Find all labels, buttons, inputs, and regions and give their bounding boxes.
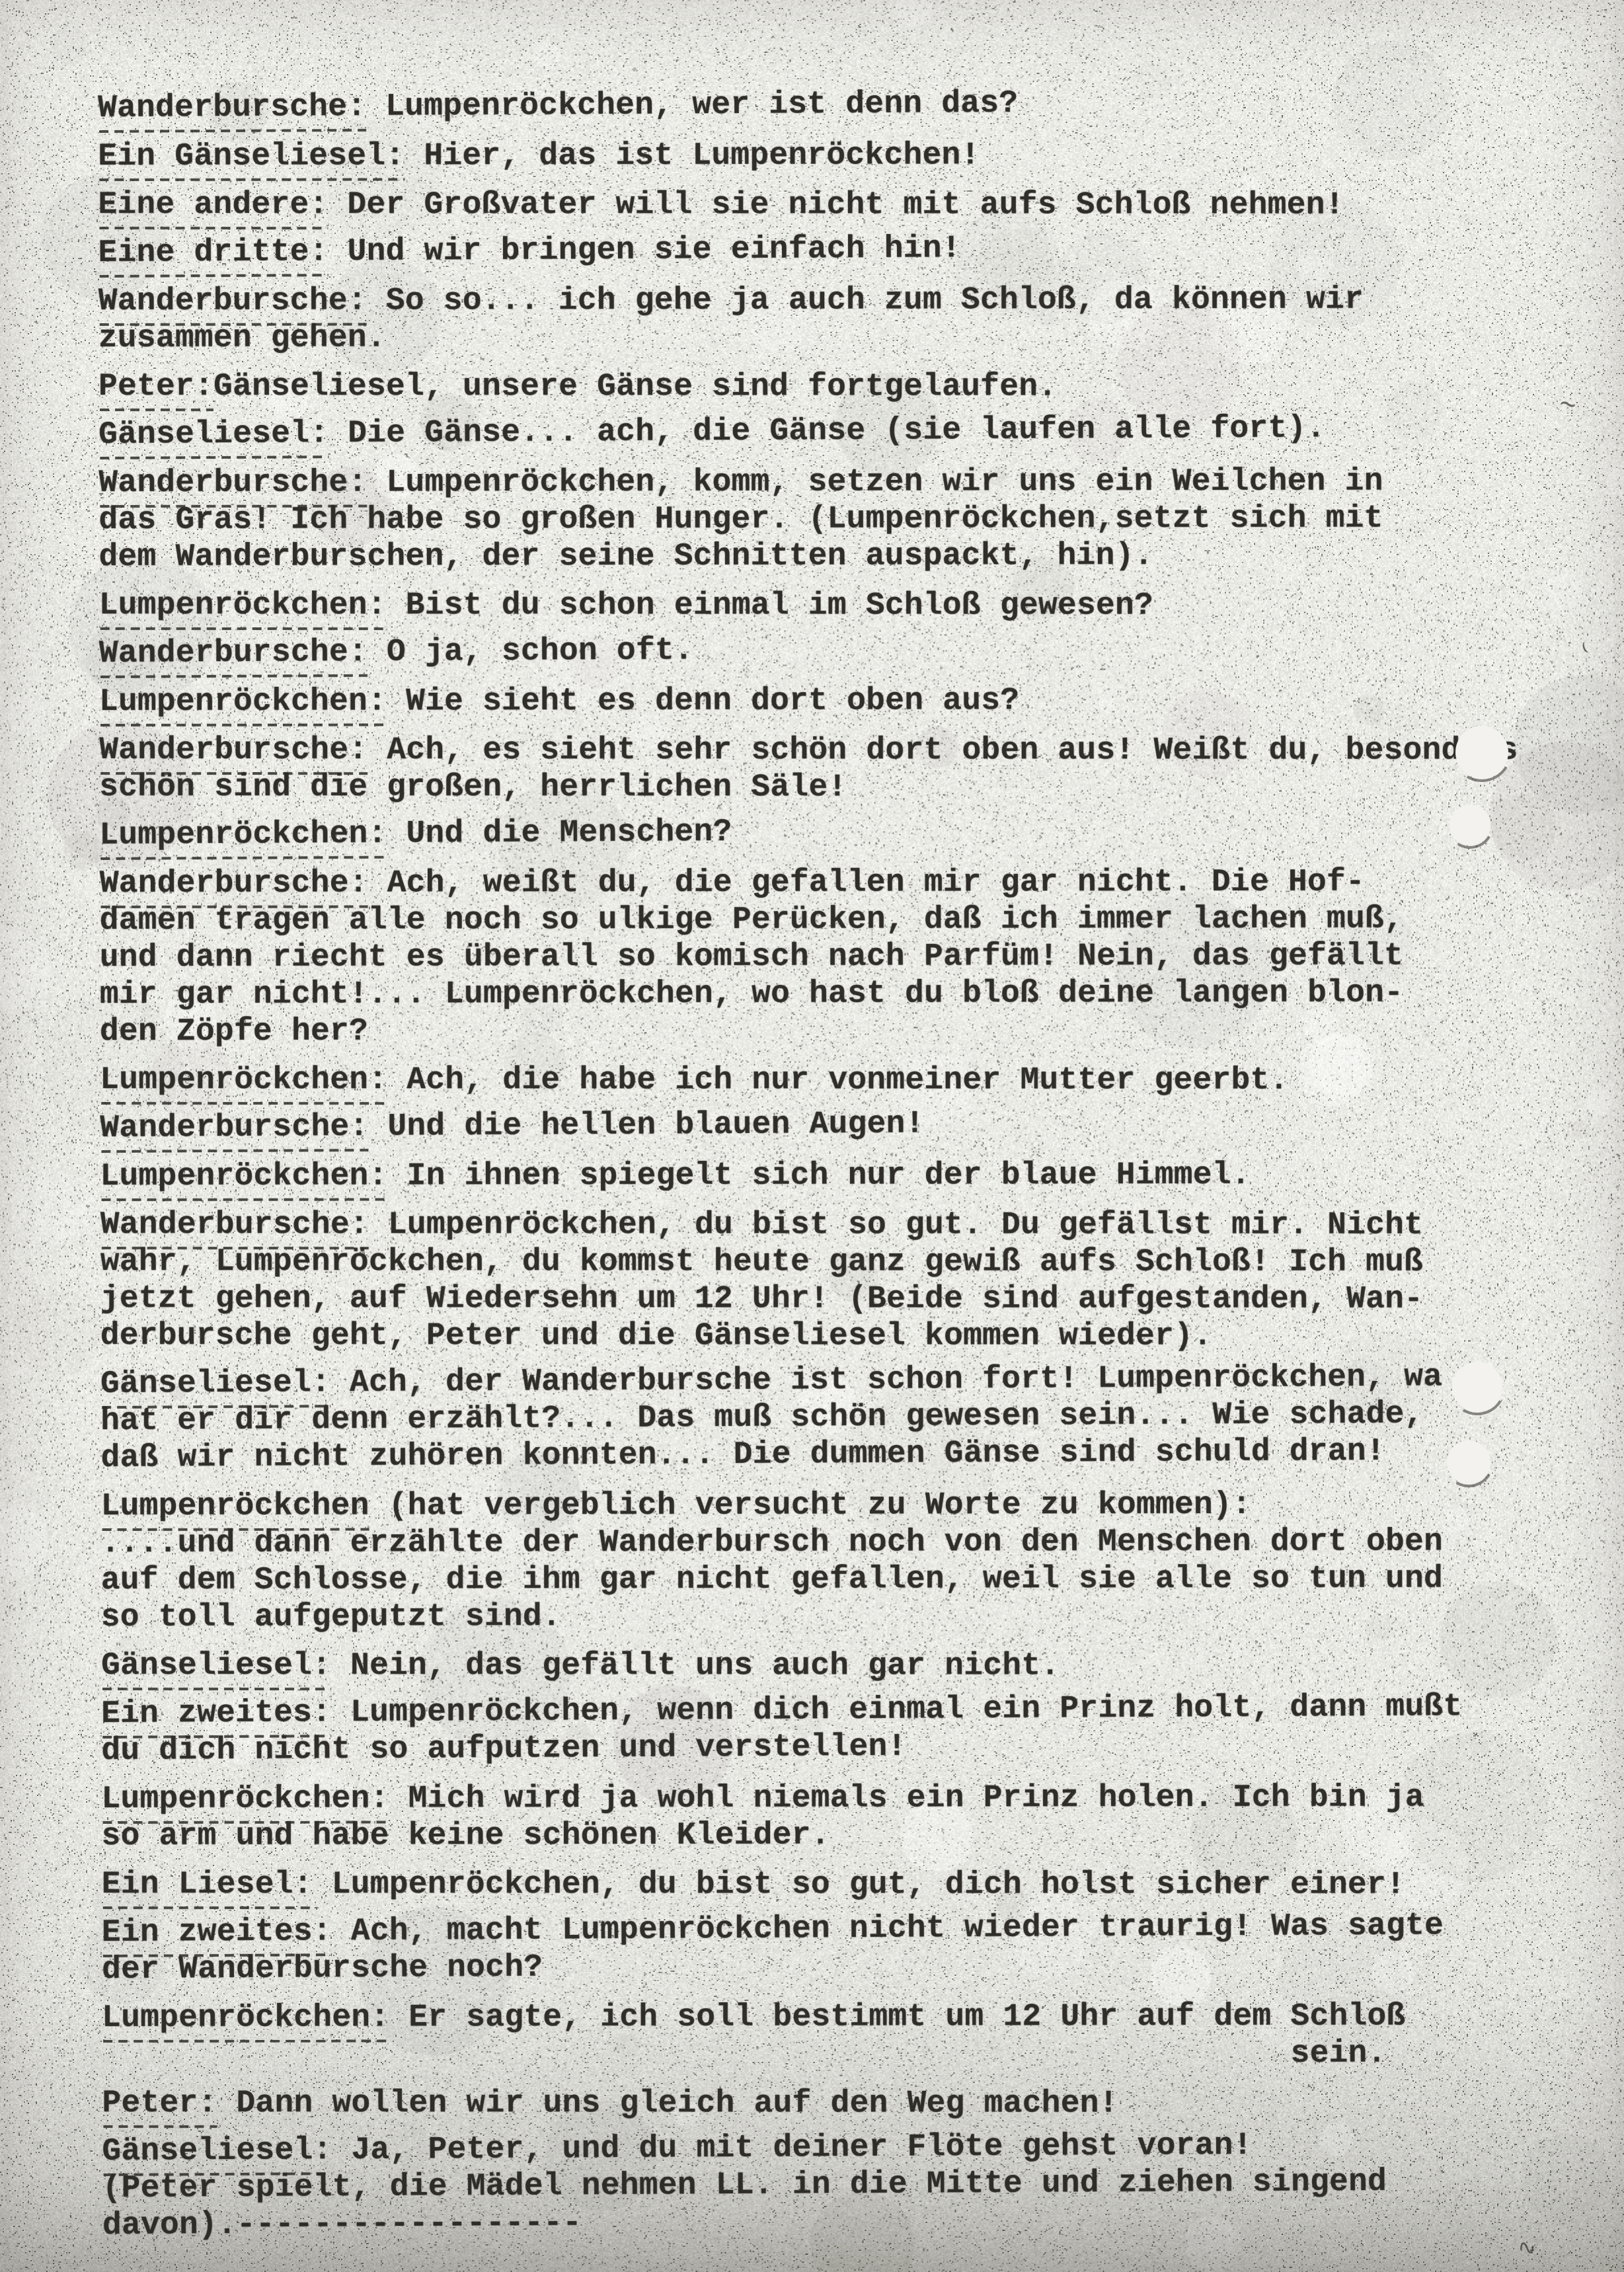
dialogue-text: Gänseliesel, unsere Gänse sind fortgelau…	[213, 369, 1057, 405]
dialogue-line: Gänseliesel: Die Gänse... ach, die Gänse…	[98, 409, 1605, 453]
dialogue-paragraph: Wanderbursche: O ja, schon oft.	[99, 627, 1605, 672]
speaker-name: Wanderbursche:	[99, 732, 367, 769]
speaker-name: Wanderbursche:	[100, 1206, 369, 1243]
dialogue-text: O ja, schon oft.	[367, 633, 693, 670]
dialogue-text: Dann wollen wir uns gleich auf den Weg m…	[217, 2086, 1118, 2121]
dialogue-line: Wanderbursche: Ach, es sieht sehr schön …	[99, 732, 1605, 769]
dialogue-paragraph: Gänseliesel: Nein, das gefällt uns auch …	[101, 1647, 1607, 1685]
dialogue-paragraph: Wanderbursche: Ach, weißt du, die gefall…	[100, 863, 1606, 1050]
speaker-name: Lumpenröckchen:	[99, 587, 387, 624]
dialogue-text: Lumpenröckchen, wer ist denn das?	[366, 86, 1018, 125]
dialogue-line: Ein zweites: Lumpenröckchen, wenn dich e…	[101, 1688, 1607, 1733]
dialogue-paragraph: Peter: Dann wollen wir uns gleich auf de…	[102, 2085, 1608, 2123]
dialogue-text: Und wir bringen sie einfach hin!	[328, 231, 960, 270]
dialogue-text: (hat vergeblich versucht zu Worte zu kom…	[369, 1487, 1251, 1524]
dialogue-line: Lumpenröckchen: Bist du schon einmal im …	[99, 587, 1605, 625]
dialogue-line: Wanderbursche: O ja, schon oft.	[99, 627, 1605, 672]
dialogue-line: Lumpenröckchen (hat vergeblich versucht …	[101, 1486, 1607, 1525]
dialogue-paragraph: Gänseliesel: Ja, Peter, und du mit deine…	[102, 2125, 1609, 2244]
speaker-name: Lumpenröckchen:	[100, 1157, 387, 1195]
dialogue-line: du dich nicht so aufputzen und verstelle…	[101, 1725, 1607, 1770]
dialogue-paragraph: Eine dritte: Und wir bringen sie einfach…	[98, 227, 1604, 272]
speaker-name: Wanderbursche:	[100, 1109, 368, 1147]
dialogue-line: Wanderbursche: Lumpenröckchen, wer ist d…	[98, 82, 1604, 127]
speaker-name: Peter:	[102, 2085, 217, 2122]
speaker-name: Lumpenröckchen	[101, 1487, 369, 1524]
dialogue-line: so toll aufgeputzt sind.	[101, 1597, 1607, 1636]
dialogue-line: jetzt gehen, auf Wiedersehn um 12 Uhr! (…	[100, 1280, 1607, 1318]
dialogue-paragraph: Lumpenröckchen: Mich wird ja wohl niemal…	[101, 1779, 1607, 1855]
dialogue-line: Ein zweites: Ach, macht Lumpenröckchen n…	[102, 1906, 1608, 1951]
dialogue-text: Mich wird ja wohl niemals ein Prinz hole…	[389, 1780, 1424, 1817]
speaker-name: Eine andere:	[98, 186, 328, 223]
dialogue-text: Ach, es sieht sehr schön dort oben aus! …	[367, 732, 1518, 769]
dialogue-line: Eine andere: Der Großvater will sie nich…	[98, 186, 1604, 224]
dialogue-line: Wanderbursche: Lumpenröckchen, du bist s…	[100, 1206, 1607, 1244]
dialogue-text: Der Großvater will sie nicht mit aufs Sc…	[328, 187, 1344, 223]
dialogue-line: Lumpenröckchen: In ihnen spiegelt sich n…	[100, 1156, 1606, 1195]
dialogue-line: Lumpenröckchen: Und die Menschen?	[99, 809, 1605, 854]
scanned-document: { "artifacts": { "paper_color": "#e9e8e4…	[0, 0, 1624, 2272]
dialogue-line: auf dem Schlosse, die ihm gar nicht gefa…	[101, 1560, 1607, 1599]
dialogue-paragraph: Lumpenröckchen: Ach, die habe ich nur vo…	[100, 1062, 1606, 1099]
dialogue-text: Ach, der Wanderbursche ist schon fort! L…	[330, 1359, 1443, 1401]
dialogue-line: dem Wanderburschen, der seine Schnitten …	[98, 537, 1605, 576]
dialogue-line: Wanderbursche: Lumpenröckchen, komm, set…	[98, 463, 1605, 502]
dialogue-line: (Peter spielt, die Mädel nehmen LL. in d…	[102, 2162, 1609, 2207]
dialogue-paragraph: Gänseliesel: Ach, der Wanderbursche ist …	[100, 1358, 1607, 1477]
dialogue-text: In ihnen spiegelt sich nur der blaue Him…	[387, 1157, 1250, 1195]
speaker-name: Wanderbursche:	[98, 465, 367, 502]
dialogue-text: Nein, das gefällt uns auch gar nicht.	[331, 1648, 1060, 1684]
dialogue-line: mir gar nicht!... Lumpenröckchen, wo has…	[100, 974, 1606, 1013]
dialogue-text: Wie sieht es denn dort oben aus?	[387, 683, 1019, 719]
punch-hole	[1447, 1440, 1490, 1484]
speaker-name: Eine dritte:	[98, 233, 328, 272]
dialogue-paragraph: Lumpenröckchen: Und die Menschen?	[99, 809, 1605, 854]
punch-hole	[1450, 804, 1490, 845]
dialogue-line: Lumpenröckchen: Mich wird ja wohl niemal…	[101, 1779, 1607, 1818]
speaker-name: Gänseliesel:	[100, 1364, 330, 1403]
dialogue-paragraph: Wanderbursche: Lumpenröckchen, wer ist d…	[98, 82, 1604, 127]
dialogue-paragraph: Lumpenröckchen: Er sagte, ich soll besti…	[102, 1998, 1608, 2074]
dialogue-line: der Wanderbursche noch?	[102, 1943, 1608, 1988]
dialogue-text: Ach, die habe ich nur vonmeiner Mutter g…	[387, 1062, 1288, 1098]
dialogue-paragraph: Gänseliesel: Die Gänse... ach, die Gänse…	[98, 409, 1605, 453]
dialogue-paragraph: Wanderbursche: Und die hellen blauen Aug…	[100, 1102, 1606, 1147]
dialogue-text: So so... ich gehe ja auch zum Schloß, da…	[367, 282, 1364, 319]
speaker-name: Wanderbursche:	[100, 865, 368, 902]
dialogue-paragraph: Ein Gänseliesel: Hier, das ist Lumpenröc…	[98, 136, 1604, 175]
punch-hole	[1452, 1362, 1502, 1412]
dialogue-paragraph: Wanderbursche: Lumpenröckchen, du bist s…	[100, 1206, 1607, 1355]
dialogue-line: Peter: Dann wollen wir uns gleich auf de…	[102, 2085, 1608, 2123]
dialogue-paragraph: Lumpenröckchen: In ihnen spiegelt sich n…	[100, 1156, 1606, 1195]
dialogue-line: Lumpenröckchen: Er sagte, ich soll besti…	[102, 1998, 1608, 2037]
speaker-name: Ein zweites:	[102, 1913, 332, 1951]
speaker-name: Gänseliesel:	[102, 2132, 332, 2170]
dialogue-text: Er sagte, ich soll bestimmt um 12 Uhr au…	[389, 1999, 1405, 2036]
dialogue-line: Wanderbursche: So so... ich gehe ja auch…	[98, 281, 1605, 320]
dialogue-text: Ach, weißt du, die gefallen mir gar nich…	[368, 865, 1365, 902]
dialogue-text: Ach, macht Lumpenröckchen nicht wieder t…	[332, 1908, 1444, 1949]
dialogue-line: Wanderbursche: Ach, weißt du, die gefall…	[100, 863, 1606, 902]
speaker-name: Lumpenröckchen:	[101, 1780, 389, 1818]
dialogue-text: Lumpenröckchen, du bist so gut. Du gefäl…	[369, 1207, 1423, 1243]
dialogue-line: den Zöpfe her?	[100, 1011, 1606, 1050]
dialogue-paragraph: Wanderbursche: Lumpenröckchen, komm, set…	[98, 463, 1605, 576]
dialogue-line: und dann riecht es überall so komisch na…	[100, 937, 1606, 976]
speaker-name: Lumpenröckchen:	[99, 816, 387, 854]
dialogue-paragraph: Peter:Gänseliesel, unsere Gänse sind for…	[98, 368, 1605, 406]
script-body: Wanderbursche: Lumpenröckchen, wer ist d…	[98, 87, 1609, 2255]
dialogue-line: daß wir nicht zuhören konnten... Die dum…	[100, 1432, 1607, 1477]
dialogue-line: Gänseliesel: Nein, das gefällt uns auch …	[101, 1647, 1607, 1685]
speaker-name: Ein zweites:	[101, 1694, 331, 1733]
speaker-name: Wanderbursche:	[99, 634, 367, 672]
dialogue-text: Und die hellen blauen Augen!	[368, 1106, 924, 1144]
punch-hole	[1455, 726, 1508, 779]
dialogue-text: Lumpenröckchen, du bist so gut, dich hol…	[313, 1867, 1405, 1903]
speaker-name: Ein Gänseliesel:	[98, 137, 405, 175]
dialogue-paragraph: Lumpenröckchen: Wie sieht es denn dort o…	[99, 682, 1605, 721]
dialogue-paragraph: Eine andere: Der Großvater will sie nich…	[98, 186, 1604, 224]
dialogue-paragraph: Wanderbursche: So so... ich gehe ja auch…	[98, 281, 1605, 357]
dialogue-text: Hier, das ist Lumpenröckchen!	[405, 137, 980, 174]
dialogue-paragraph: Lumpenröckchen (hat vergeblich versucht …	[101, 1486, 1607, 1636]
dialogue-paragraph: Lumpenröckchen: Bist du schon einmal im …	[99, 587, 1605, 625]
dialogue-text: Und die Menschen?	[387, 814, 732, 852]
speaker-name: Lumpenröckchen:	[102, 1999, 389, 2037]
dialogue-line: derbursche geht, Peter und die Gänselies…	[100, 1317, 1607, 1355]
dialogue-line: Wanderbursche: Und die hellen blauen Aug…	[100, 1102, 1606, 1147]
dialogue-line: Ein Liesel: Lumpenröckchen, du bist so g…	[102, 1866, 1608, 1904]
dialogue-paragraph: Ein zweites: Lumpenröckchen, wenn dich e…	[101, 1688, 1608, 1770]
dialogue-paragraph: Ein Liesel: Lumpenröckchen, du bist so g…	[102, 1866, 1608, 1904]
dialogue-text: Die Gänse... ach, die Gänse (sie laufen …	[329, 411, 1326, 451]
dialogue-line: Lumpenröckchen: Ach, die habe ich nur vo…	[100, 1062, 1606, 1099]
speaker-name: Lumpenröckchen:	[100, 1062, 387, 1099]
speaker-name: Wanderbursche:	[98, 89, 366, 127]
dialogue-text: Bist du schon einmal im Schloß gewesen?	[387, 588, 1153, 623]
speaker-name: Lumpenröckchen:	[99, 683, 387, 721]
dialogue-line: Peter:Gänseliesel, unsere Gänse sind for…	[98, 368, 1605, 406]
dialogue-line: davon).------------------	[102, 2199, 1609, 2244]
speaker-name: Gänseliesel:	[98, 415, 329, 453]
dialogue-text: Lumpenröckchen, komm, setzen wir uns ein…	[367, 464, 1383, 501]
speaker-name: Wanderbursche:	[98, 283, 367, 320]
dialogue-paragraph: Ein zweites: Ach, macht Lumpenröckchen n…	[102, 1906, 1609, 1988]
dialogue-line: Lumpenröckchen: Wie sieht es denn dort o…	[99, 682, 1605, 721]
dialogue-line: Ein Gänseliesel: Hier, das ist Lumpenröc…	[98, 136, 1604, 175]
dialogue-paragraph: Wanderbursche: Ach, es sieht sehr schön …	[99, 732, 1605, 806]
dialogue-line: Eine dritte: Und wir bringen sie einfach…	[98, 227, 1604, 272]
dialogue-text: Lumpenröckchen, wenn dich einmal ein Pri…	[331, 1689, 1463, 1731]
speaker-name: Gänseliesel:	[101, 1647, 331, 1684]
speaker-name: Ein Liesel:	[102, 1866, 313, 1903]
dialogue-text: Ja, Peter, und du mit deiner Flöte gehst…	[332, 2128, 1252, 2168]
speaker-name: Peter:	[98, 368, 213, 405]
